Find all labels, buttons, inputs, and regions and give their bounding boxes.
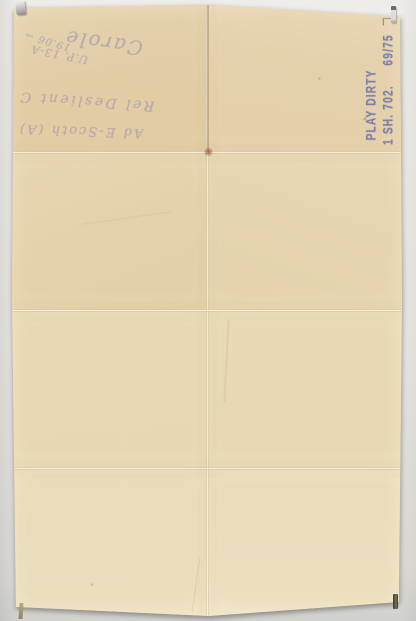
pin-top-right xyxy=(391,6,396,23)
show-through-shading xyxy=(26,326,194,449)
stain-spot xyxy=(204,147,213,157)
paper-panel xyxy=(12,469,207,616)
foxing-spot xyxy=(90,583,94,586)
show-through-shading xyxy=(221,168,389,291)
paper-panel xyxy=(207,310,402,468)
paper-panel xyxy=(207,152,402,310)
photo-backdrop: PLAY DIRTY 1 SH. 702. 69/75 Carole U.P. … xyxy=(0,0,416,621)
paper-panel xyxy=(207,469,402,616)
staple-top-left xyxy=(15,1,25,16)
show-through-shading xyxy=(26,483,194,598)
paper-shadow-wrap: PLAY DIRTY 1 SH. 702. 69/75 Carole U.P. … xyxy=(12,5,402,616)
show-through-shading xyxy=(221,483,389,598)
stamp-sheet-code: 1 SH. 702. xyxy=(382,85,397,145)
paper-panel xyxy=(12,310,207,468)
show-through-shading xyxy=(221,326,389,449)
foxing-spot xyxy=(318,77,321,80)
stamp-code-line: 1 SH. 702. 69/75 xyxy=(379,36,400,145)
pin-bottom-left xyxy=(18,603,23,619)
show-through-shading xyxy=(26,168,194,291)
stamp-nss-number: 69/75 xyxy=(382,34,397,65)
fold-line-horizontal-2 xyxy=(12,309,402,312)
nss-distributor-stamp: PLAY DIRTY 1 SH. 702. 69/75 xyxy=(364,27,400,145)
folded-poster-back: PLAY DIRTY 1 SH. 702. 69/75 Carole U.P. … xyxy=(12,5,402,616)
paper-panel xyxy=(12,152,207,310)
staple-bottom-right xyxy=(393,594,398,609)
fold-seam-top xyxy=(206,5,209,152)
fold-line-horizontal-3 xyxy=(12,467,402,470)
